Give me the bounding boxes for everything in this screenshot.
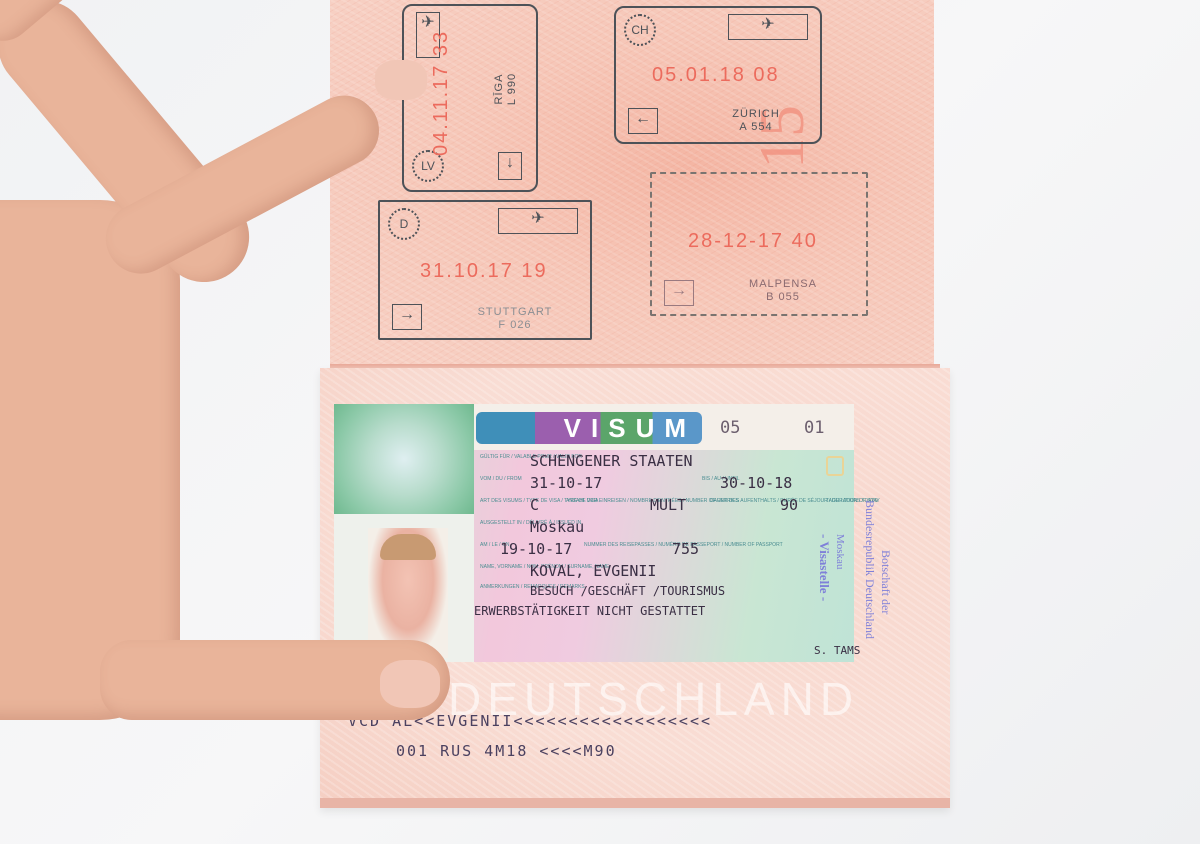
stamp-place: STUTTGARTF 026 [470, 306, 560, 332]
arrow-left-icon: ← [628, 108, 658, 134]
stamp-place: ZÜRICHA 554 [716, 108, 796, 134]
country-code-badge: CH [624, 14, 656, 46]
mrz-line-2: 001 RUS 4M18 <<<<M90 [396, 742, 617, 760]
embassy-stamp-line1: Botschaft der [878, 550, 893, 614]
issuer-city-stamp: Moskau [834, 534, 846, 569]
visa-code-right: 01 [804, 418, 824, 438]
eu-seal-hologram [334, 404, 474, 514]
stamp-malpensa: 28-12-17 40 → MALPENSAB 055 [650, 172, 868, 316]
visa-header: VISUM 05 01 [474, 404, 854, 450]
embassy-stamp-line2: Bundesrepublik Deutschland [862, 500, 877, 639]
stamp-zurich: CH ✈ 05.01.18 08 ← ZÜRICHA 554 [614, 6, 822, 144]
holder-photo [368, 528, 448, 658]
photo-hair [380, 534, 436, 560]
schengen-visa: VISUM 05 01 GÜLTIG FÜR / VALABLE POUR / … [334, 404, 854, 662]
stamp-riga: ✈ LV 04.11.17 33 RĪGAL 990 ↓ [402, 4, 538, 192]
thumbnail [380, 660, 440, 708]
stamp-date: 04.11.17 33 [430, 30, 453, 156]
stamp-date: 05.01.18 08 [652, 64, 780, 87]
passport-stamp-page: 15 ✈ LV 04.11.17 33 RĪGAL 990 ↓ CH ✈ 05.… [330, 0, 934, 368]
fingernail [375, 60, 427, 100]
visa-code-left: 05 [720, 418, 740, 438]
stamp-place: MALPENSAB 055 [738, 278, 828, 304]
d-marker [826, 456, 844, 476]
arrow-right-icon: → [664, 280, 694, 306]
country-code-badge: D [388, 208, 420, 240]
stamp-place: RĪGAL 990 [493, 73, 519, 105]
airplane-icon: ✈ [728, 14, 808, 40]
visum-logo: VISUM [476, 412, 702, 444]
arrow-right-icon: → [392, 304, 422, 330]
stamp-date: 31.10.17 19 [420, 260, 548, 283]
stamp-stuttgart: D ✈ 31.10.17 19 → STUTTGARTF 026 [378, 200, 592, 340]
visastelle-stamp: - Visastelle - [816, 534, 832, 601]
stamp-date: 28-12-17 40 [688, 230, 818, 253]
airplane-icon: ✈ [498, 208, 578, 234]
arrow-down-icon: ↓ [498, 152, 522, 180]
